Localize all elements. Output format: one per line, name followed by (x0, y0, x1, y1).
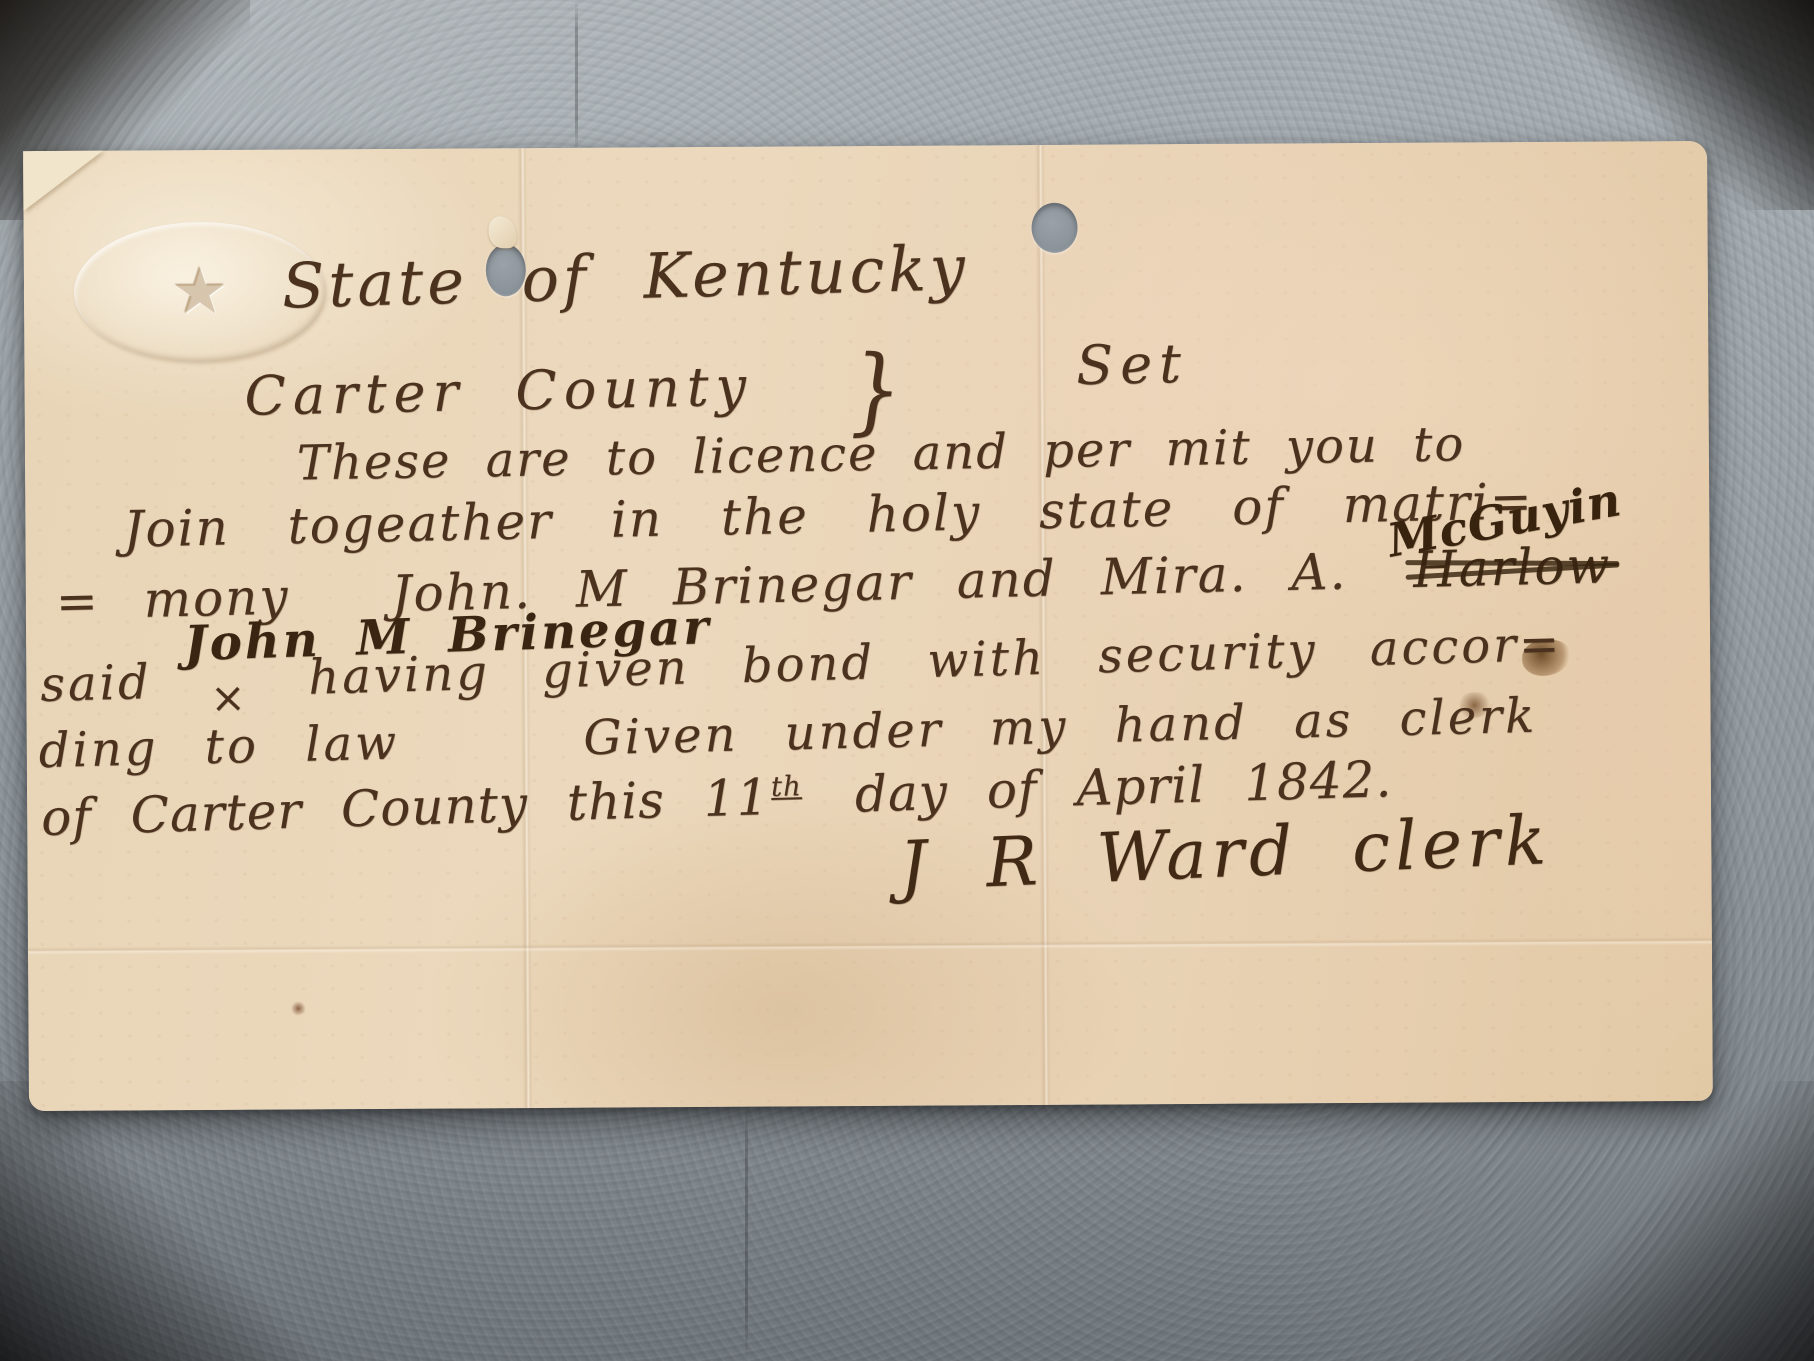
folded-corner (23, 151, 103, 211)
ink-stain (290, 1001, 306, 1015)
star-icon: ★ (171, 255, 229, 329)
date-pre: of Carter County this 11 (40, 768, 770, 847)
leather-seam-bottom (745, 1102, 748, 1361)
clerk-signature: J R Ward clerk (898, 807, 1552, 902)
given-under-hand: Given under my hand as clerk (583, 688, 1538, 766)
struck-surname: Harlow McGuyin (1413, 540, 1612, 595)
according-continuation: ding to law (38, 715, 400, 779)
fold-crease-right (1035, 145, 1051, 1105)
leather-seam-top (575, 0, 578, 152)
caret-mark: × (210, 676, 249, 719)
bond-pre: said (40, 654, 153, 713)
sct-term: Set (1076, 337, 1189, 393)
punch-hole-right (1031, 203, 1077, 253)
date-ordinal: th (771, 770, 803, 803)
document-paper: ★ State of Kentucky Carter County } Set … (23, 141, 1713, 1111)
fold-crease-horizontal (28, 937, 1712, 955)
line-state-of-kentucky: State of Kentucky (281, 237, 970, 318)
photograph: ★ State of Kentucky Carter County } Set … (0, 0, 1814, 1361)
county-name: Carter County (244, 355, 754, 428)
strikethrough-mark (1405, 560, 1619, 566)
